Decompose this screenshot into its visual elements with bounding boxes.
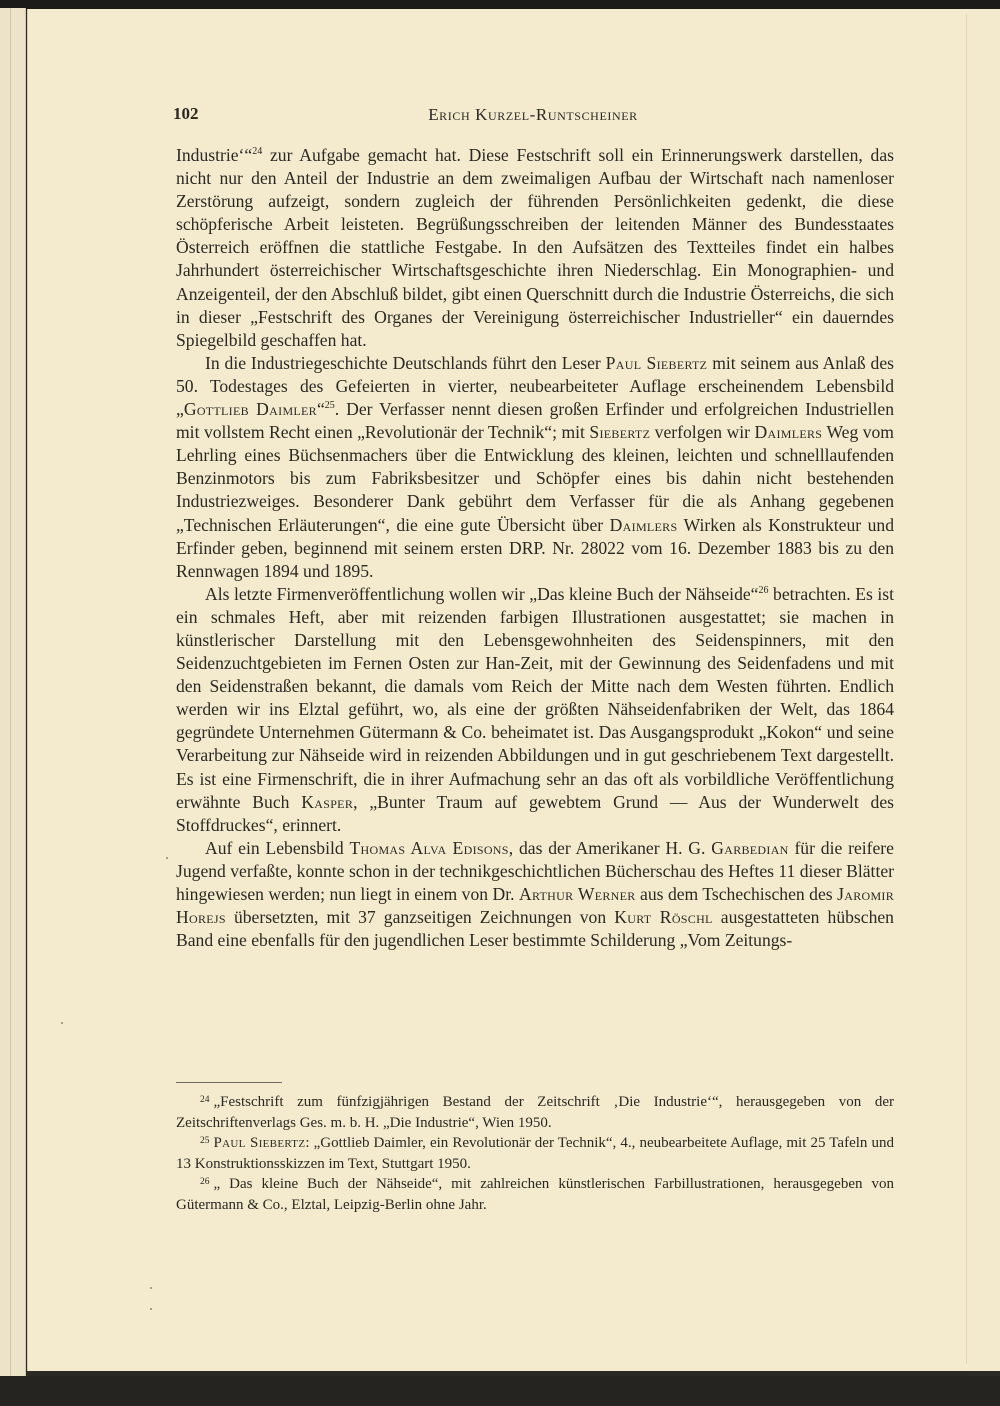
footnote-reference[interactable]: 24 [252,146,262,157]
small-caps-name: Thomas Alva Edisons [349,838,508,858]
text-run: Als letzte Firmenveröffentlichung wollen… [205,584,759,604]
footnote-reference[interactable]: 25 [325,400,335,411]
paragraph: Auf ein Lebensbild Thomas Alva Edisons, … [176,837,894,952]
paragraph: Als letzte Firmenveröffentlichung wollen… [176,583,894,837]
footnote: 25Paul Siebertz: „Gottlieb Daimler, ein … [176,1133,894,1174]
scan-speck [166,857,168,859]
small-caps-name: Gottlieb Daimler [184,399,317,419]
body-text: Industrie‘“24 zur Aufgabe gemacht hat. D… [176,144,894,952]
text-run: betrachten. Es ist ein schmales Heft, ab… [176,584,894,812]
running-head: 102 Erich Kurzel-Runtscheiner [173,104,893,128]
text-run: Industrie‘“ [176,145,252,165]
small-caps-name: Paul Siebertz [214,1135,306,1151]
small-caps-name: Garbedian [711,838,788,858]
small-caps-name: Kasper [301,792,353,812]
small-caps-name: Daimlers [755,422,823,442]
small-caps-name: Arthur Werner [519,884,636,904]
text-run: verfolgen wir [650,422,754,442]
footnote-separator [176,1082,282,1083]
text-run: zur Aufgabe gemacht hat. Diese Festschri… [176,145,894,350]
text-run: aus dem Tschechischen des [636,884,837,904]
page-stack-edge [11,8,26,1378]
small-caps-name: Paul Siebertz [606,353,708,373]
text-run: Auf ein Lebensbild [205,838,349,858]
footnotes: 24„Festschrift zum fünfzigjährigen Besta… [176,1092,894,1215]
footnote-number: 26 [200,1177,210,1187]
small-caps-name: Kurt Röschl [614,907,712,927]
paragraph: Industrie‘“24 zur Aufgabe gemacht hat. D… [176,144,894,352]
page-stack-edge [0,8,11,1378]
footnote-number: 25 [200,1136,210,1146]
text-run: In die Industriegeschichte Deutschlands … [205,353,606,373]
small-caps-name: Siebertz [589,422,650,442]
text-run: , das der Amerikaner H. G. [509,838,711,858]
text-run: “ [317,399,325,419]
scan-speck [61,1022,63,1024]
text-run: „ Das kleine Buch der Nähseide“, mit zah… [176,1176,894,1213]
page-gutter-line [966,14,967,1364]
footnote-number: 24 [200,1095,210,1105]
text-run: „Festschrift zum fünfzigjährigen Bestand… [176,1094,894,1131]
text-run: übersetzten, mit 37 ganzseitigen Zeichnu… [226,907,614,927]
footnote-reference[interactable]: 26 [759,585,769,596]
scan-speck [150,1287,152,1289]
footnote: 26„ Das kleine Buch der Nähseide“, mit z… [176,1174,894,1215]
running-head-author: Erich Kurzel-Runtscheiner [173,105,893,125]
small-caps-name: Daimlers [610,515,678,535]
scan-bottom-border [0,1376,1000,1406]
footnote: 24„Festschrift zum fünfzigjährigen Besta… [176,1092,894,1133]
paragraph: In die Industriegeschichte Deutschlands … [176,352,894,583]
scan-speck [150,1308,152,1310]
next-page-edge [968,9,1000,1371]
